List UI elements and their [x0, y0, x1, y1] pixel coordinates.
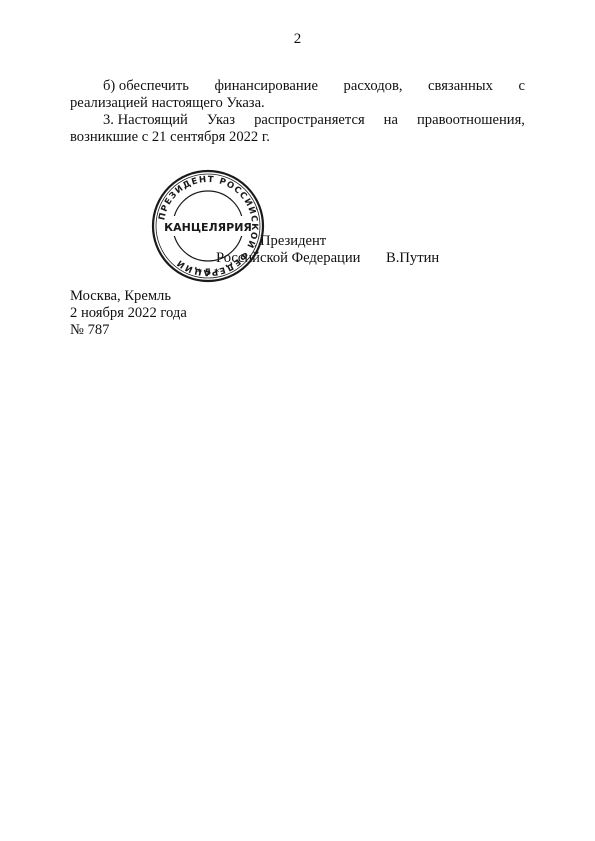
stamp-center-text: КАНЦЕЛЯРИЯ [164, 221, 252, 234]
word: расходов, [344, 78, 403, 95]
official-seal-stamp: ПРЕЗИДЕНТ РОССИЙСКОЙ ФЕДЕРАЦИИ КАНЦЕЛЯРИ… [150, 168, 266, 284]
paragraph-3-line1: 3. Настоящий Указ распространяется на пр… [70, 112, 525, 129]
page-number: 2 [0, 31, 595, 48]
stamp-number-text: * 5 * [197, 268, 219, 278]
word: правоотношения, [417, 112, 525, 129]
signatory-title-line1: Президент [260, 233, 326, 250]
issuance-block: Москва, Кремль 2 ноября 2022 года № 787 [70, 288, 187, 339]
paragraph-b: б) обеспечить финансирование расходов, с… [70, 78, 525, 112]
issuance-date: 2 ноября 2022 года [70, 305, 187, 322]
decree-number: № 787 [70, 322, 187, 339]
paragraph-b-line2: реализацией настоящего Указа. [70, 95, 525, 112]
paragraph-3-line2: возникшие с 21 сентября 2022 г. [70, 129, 525, 146]
word: с [518, 78, 524, 95]
issuance-place: Москва, Кремль [70, 288, 187, 305]
word: связанных [428, 78, 493, 95]
paragraph-b-line1: б) обеспечить финансирование расходов, с… [70, 78, 525, 95]
word: Указ [207, 112, 235, 129]
word: финансирование [214, 78, 318, 95]
word: 3. Настоящий [103, 112, 188, 129]
word: б) обеспечить [103, 78, 189, 95]
paragraph-3: 3. Настоящий Указ распространяется на пр… [70, 112, 525, 146]
word: распространяется [254, 112, 365, 129]
word: на [384, 112, 398, 129]
signatory-name: В.Путин [386, 250, 439, 267]
